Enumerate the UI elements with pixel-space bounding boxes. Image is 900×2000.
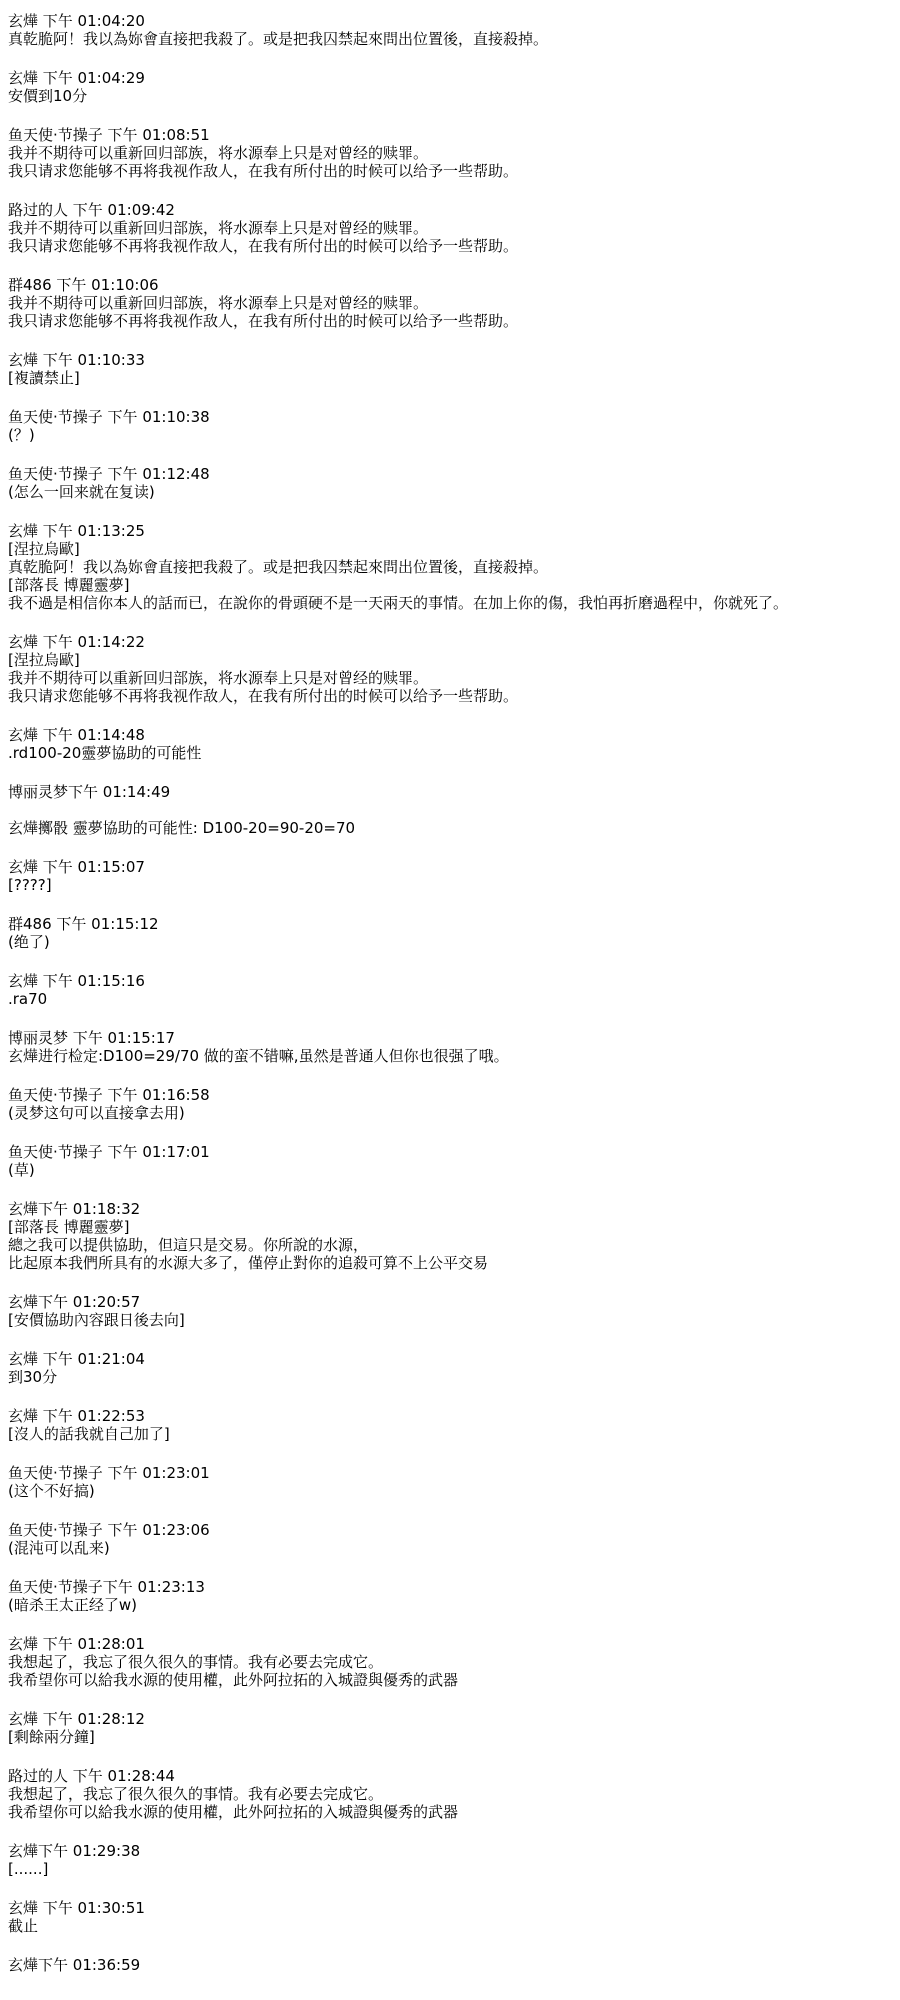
message-line: 我不過是相信你本人的話而已，在說你的骨頭硬不是一天兩天的事情。在加上你的傷，我怕… — [8, 594, 892, 612]
message-line: (？) — [8, 426, 892, 444]
timestamp: 下午 01:15:07 — [43, 858, 145, 876]
chat-message: 鱼天使·节操子 下午 01:12:48(怎么一回来就在复读) — [8, 465, 892, 501]
sender-name: 鱼天使·节操子 — [8, 408, 108, 426]
sender-name: 鱼天使·节操子 — [8, 1464, 108, 1482]
message-line: 安價到10分 — [8, 87, 892, 105]
chat-message: 博丽灵梦 下午 01:15:17玄燁进行检定:D100=29/70 做的蛮不错嘛… — [8, 1029, 892, 1065]
message-header: 博丽灵梦 下午 01:15:17 — [8, 1029, 892, 1047]
timestamp: 下午 01:23:13 — [103, 1578, 205, 1596]
sender-name: 路过的人 — [8, 1767, 73, 1785]
timestamp: 下午 01:08:51 — [108, 126, 210, 144]
message-line: 我只请求您能够不再将我视作敌人，在我有所付出的时候可以给予一些帮助。 — [8, 687, 892, 705]
message-line: (绝了) — [8, 933, 892, 951]
chat-message: 玄燁 下午 01:15:07[????] — [8, 858, 892, 894]
message-line: 我并不期待可以重新回归部族，将水源奉上只是对曾经的赎罪。 — [8, 144, 892, 162]
sender-name: 玄燁 — [8, 522, 43, 540]
chat-message: 玄燁 下午 01:14:22[涅拉烏歐]我并不期待可以重新回归部族，将水源奉上只… — [8, 633, 892, 705]
chat-message: 玄燁 下午 01:13:25[涅拉烏歐]真乾脆阿！我以為妳會直接把我殺了。或是把… — [8, 522, 892, 612]
timestamp: 下午 01:22:53 — [43, 1407, 145, 1425]
message-header: 群486 下午 01:15:12 — [8, 915, 892, 933]
chat-message: 玄燁 下午 01:28:01我想起了，我忘了很久很久的事情。我有必要去完成它。我… — [8, 1635, 892, 1689]
timestamp: 下午 01:12:48 — [108, 465, 210, 483]
message-line: [沒人的話我就自己加了] — [8, 1425, 892, 1443]
message-line: (草) — [8, 1161, 892, 1179]
message-line: 到30分 — [8, 1368, 892, 1386]
message-line: 真乾脆阿！我以為妳會直接把我殺了。或是把我囚禁起來問出位置後，直接殺掉。 — [8, 558, 892, 576]
message-line: 玄燁擲骰 靈夢協助的可能性: D100-20=90-20=70 — [8, 819, 892, 837]
sender-name: 玄燁 — [8, 1200, 38, 1218]
message-header: 玄燁 下午 01:22:53 — [8, 1407, 892, 1425]
sender-name: 鱼天使·节操子 — [8, 465, 108, 483]
timestamp: 下午 01:23:06 — [108, 1521, 210, 1539]
sender-name: 博丽灵梦 — [8, 1029, 73, 1047]
message-line: [涅拉烏歐] — [8, 651, 892, 669]
message-header: 玄燁 下午 01:15:07 — [8, 858, 892, 876]
timestamp: 下午 01:10:38 — [108, 408, 210, 426]
timestamp: 下午 01:30:51 — [43, 1899, 145, 1917]
chat-message: 鱼天使·节操子下午 01:23:13(暗杀王太正经了w) — [8, 1578, 892, 1614]
message-line: 真乾脆阿！我以為妳會直接把我殺了。或是把我囚禁起來問出位置後，直接殺掉。 — [8, 30, 892, 48]
message-line: 我希望你可以給我水源的使用權，此外阿拉拓的入城證與優秀的武器 — [8, 1803, 892, 1821]
message-line: [剩餘兩分鐘] — [8, 1728, 892, 1746]
message-line: [涅拉烏歐] — [8, 540, 892, 558]
timestamp: 下午 01:04:20 — [43, 12, 145, 30]
timestamp: 下午 01:28:44 — [73, 1767, 175, 1785]
sender-name: 玄燁 — [8, 1842, 38, 1860]
message-line: 我想起了，我忘了很久很久的事情。我有必要去完成它。 — [8, 1785, 892, 1803]
message-header: 玄燁 下午 01:30:51 — [8, 1899, 892, 1917]
sender-name: 玄燁 — [8, 69, 43, 87]
sender-name: 玄燁 — [8, 972, 43, 990]
chat-message: 鱼天使·节操子 下午 01:17:01(草) — [8, 1143, 892, 1179]
timestamp: 下午 01:15:17 — [73, 1029, 175, 1047]
message-line: [安價協助內容跟日後去向] — [8, 1311, 892, 1329]
chat-message: 博丽灵梦下午 01:14:49 玄燁擲骰 靈夢協助的可能性: D100-20=9… — [8, 783, 892, 837]
timestamp: 下午 01:28:01 — [43, 1635, 145, 1653]
timestamp: 下午 01:18:32 — [38, 1200, 140, 1218]
chat-message: 路过的人 下午 01:09:42我并不期待可以重新回归部族，将水源奉上只是对曾经… — [8, 201, 892, 255]
message-line: [......] — [8, 1860, 892, 1878]
timestamp: 下午 01:29:38 — [38, 1842, 140, 1860]
message-line: .rd100-20靈夢協助的可能性 — [8, 744, 892, 762]
message-header: 鱼天使·节操子 下午 01:17:01 — [8, 1143, 892, 1161]
message-header: 鱼天使·节操子 下午 01:16:58 — [8, 1086, 892, 1104]
chat-message: 玄燁 下午 01:28:12[剩餘兩分鐘] — [8, 1710, 892, 1746]
timestamp: 下午 01:09:42 — [73, 201, 175, 219]
chat-message: 玄燁 下午 01:10:33[複讀禁止] — [8, 351, 892, 387]
chat-message: 鱼天使·节操子 下午 01:10:38(？) — [8, 408, 892, 444]
message-line: 總之我可以提供協助，但這只是交易。你所說的水源， — [8, 1236, 892, 1254]
message-line: (这个不好搞) — [8, 1482, 892, 1500]
sender-name: 玄燁 — [8, 1710, 43, 1728]
sender-name: 玄燁 — [8, 1899, 43, 1917]
message-header: 路过的人 下午 01:09:42 — [8, 201, 892, 219]
message-line: [複讀禁止] — [8, 369, 892, 387]
message-header: 玄燁 下午 01:14:48 — [8, 726, 892, 744]
message-line: 我只请求您能够不再将我视作敌人，在我有所付出的时候可以给予一些帮助。 — [8, 237, 892, 255]
message-header: 玄燁 下午 01:21:04 — [8, 1350, 892, 1368]
sender-name: 玄燁 — [8, 633, 43, 651]
message-header: 路过的人 下午 01:28:44 — [8, 1767, 892, 1785]
message-header: 鱼天使·节操子 下午 01:23:06 — [8, 1521, 892, 1539]
message-line: 我并不期待可以重新回归部族，将水源奉上只是对曾经的赎罪。 — [8, 294, 892, 312]
chat-message: 鱼天使·节操子 下午 01:23:01(这个不好搞) — [8, 1464, 892, 1500]
chat-message: 玄燁 下午 01:21:04到30分 — [8, 1350, 892, 1386]
chat-message: 群486 下午 01:10:06我并不期待可以重新回归部族，将水源奉上只是对曾经… — [8, 276, 892, 330]
message-line: 玄燁进行检定:D100=29/70 做的蛮不错嘛,虽然是普通人但你也很强了哦。 — [8, 1047, 892, 1065]
message-line: (灵梦这句可以直接拿去用) — [8, 1104, 892, 1122]
message-line: 我想起了，我忘了很久很久的事情。我有必要去完成它。 — [8, 1653, 892, 1671]
timestamp: 下午 01:04:29 — [43, 69, 145, 87]
sender-name: 玄燁 — [8, 1293, 38, 1311]
timestamp: 下午 01:15:16 — [43, 972, 145, 990]
timestamp: 下午 01:21:04 — [43, 1350, 145, 1368]
message-line: [部落長 博麗靈夢] — [8, 1218, 892, 1236]
timestamp: 下午 01:10:06 — [56, 276, 158, 294]
message-line: 我并不期待可以重新回归部族，将水源奉上只是对曾经的赎罪。 — [8, 219, 892, 237]
message-header: 玄燁 下午 01:04:20 — [8, 12, 892, 30]
message-line: 我并不期待可以重新回归部族，将水源奉上只是对曾经的赎罪。 — [8, 669, 892, 687]
chat-message: 路过的人 下午 01:28:44我想起了，我忘了很久很久的事情。我有必要去完成它… — [8, 1767, 892, 1821]
chat-message: 玄燁下午 01:18:32[部落長 博麗靈夢]總之我可以提供協助，但這只是交易。… — [8, 1200, 892, 1272]
timestamp: 下午 01:14:49 — [68, 783, 170, 801]
message-header: 玄燁 下午 01:15:16 — [8, 972, 892, 990]
sender-name: 玄燁 — [8, 1956, 38, 1974]
timestamp: 下午 01:15:12 — [56, 915, 158, 933]
message-header: 玄燁 下午 01:10:33 — [8, 351, 892, 369]
message-header: 玄燁 下午 01:13:25 — [8, 522, 892, 540]
chat-message: 鱼天使·节操子 下午 01:08:51我并不期待可以重新回归部族，将水源奉上只是… — [8, 126, 892, 180]
sender-name: 玄燁 — [8, 1635, 43, 1653]
message-line: [部落長 博麗靈夢] — [8, 576, 892, 594]
message-header: 鱼天使·节操子 下午 01:08:51 — [8, 126, 892, 144]
timestamp: 下午 01:20:57 — [38, 1293, 140, 1311]
sender-name: 玄燁 — [8, 1350, 43, 1368]
message-header: 玄燁下午 01:18:32 — [8, 1200, 892, 1218]
sender-name: 玄燁 — [8, 858, 43, 876]
timestamp: 下午 01:14:22 — [43, 633, 145, 651]
message-header: 玄燁下午 01:20:57 — [8, 1293, 892, 1311]
sender-name: 玄燁 — [8, 12, 43, 30]
message-header: 玄燁 下午 01:28:01 — [8, 1635, 892, 1653]
sender-name: 玄燁 — [8, 726, 43, 744]
chat-message: 玄燁 下午 01:04:29安價到10分 — [8, 69, 892, 105]
message-header: 博丽灵梦下午 01:14:49 — [8, 783, 892, 801]
sender-name: 鱼天使·节操子 — [8, 126, 108, 144]
message-header: 鱼天使·节操子 下午 01:23:01 — [8, 1464, 892, 1482]
sender-name: 博丽灵梦 — [8, 783, 68, 801]
sender-name: 鱼天使·节操子 — [8, 1086, 108, 1104]
message-line: (混沌可以乱来) — [8, 1539, 892, 1557]
message-line: 截止 — [8, 1917, 892, 1935]
timestamp: 下午 01:28:12 — [43, 1710, 145, 1728]
chat-message: 玄燁 下午 01:30:51截止 — [8, 1899, 892, 1935]
timestamp: 下午 01:16:58 — [108, 1086, 210, 1104]
sender-name: 路过的人 — [8, 201, 73, 219]
chat-message: 群486 下午 01:15:12(绝了) — [8, 915, 892, 951]
message-header: 玄燁下午 01:29:38 — [8, 1842, 892, 1860]
chat-message: 玄燁 下午 01:15:16.ra70 — [8, 972, 892, 1008]
sender-name: 玄燁 — [8, 351, 43, 369]
sender-name: 群486 — [8, 915, 56, 933]
sender-name: 鱼天使·节操子 — [8, 1578, 103, 1596]
chat-message: 玄燁下午 01:29:38[......] — [8, 1842, 892, 1878]
message-line: 我只请求您能够不再将我视作敌人，在我有所付出的时候可以给予一些帮助。 — [8, 162, 892, 180]
message-header: 玄燁下午 01:36:59 — [8, 1956, 892, 1974]
message-header: 玄燁 下午 01:04:29 — [8, 69, 892, 87]
message-line: [????] — [8, 876, 892, 894]
sender-name: 鱼天使·节操子 — [8, 1143, 108, 1161]
chat-message: 玄燁下午 01:20:57[安價協助內容跟日後去向] — [8, 1293, 892, 1329]
timestamp: 下午 01:13:25 — [43, 522, 145, 540]
message-header: 玄燁 下午 01:14:22 — [8, 633, 892, 651]
timestamp: 下午 01:36:59 — [38, 1956, 140, 1974]
message-header: 玄燁 下午 01:28:12 — [8, 1710, 892, 1728]
message-line: 我只请求您能够不再将我视作敌人，在我有所付出的时候可以给予一些帮助。 — [8, 312, 892, 330]
message-header: 鱼天使·节操子 下午 01:10:38 — [8, 408, 892, 426]
message-header: 群486 下午 01:10:06 — [8, 276, 892, 294]
message-header: 鱼天使·节操子 下午 01:12:48 — [8, 465, 892, 483]
timestamp: 下午 01:14:48 — [43, 726, 145, 744]
sender-name: 群486 — [8, 276, 56, 294]
message-line: 我希望你可以給我水源的使用權，此外阿拉拓的入城證與優秀的武器 — [8, 1671, 892, 1689]
chat-log: 玄燁 下午 01:04:20真乾脆阿！我以為妳會直接把我殺了。或是把我囚禁起來問… — [0, 0, 900, 1974]
message-header: 鱼天使·节操子下午 01:23:13 — [8, 1578, 892, 1596]
timestamp: 下午 01:17:01 — [108, 1143, 210, 1161]
message-line: (怎么一回来就在复读) — [8, 483, 892, 501]
chat-message: 玄燁 下午 01:04:20真乾脆阿！我以為妳會直接把我殺了。或是把我囚禁起來問… — [8, 12, 892, 48]
sender-name: 鱼天使·节操子 — [8, 1521, 108, 1539]
chat-message: 鱼天使·节操子 下午 01:16:58(灵梦这句可以直接拿去用) — [8, 1086, 892, 1122]
message-line: .ra70 — [8, 990, 892, 1008]
timestamp: 下午 01:10:33 — [43, 351, 145, 369]
chat-message: 玄燁 下午 01:14:48.rd100-20靈夢協助的可能性 — [8, 726, 892, 762]
chat-message: 玄燁下午 01:36:59 — [8, 1956, 892, 1974]
message-line: 比起原本我們所具有的水源大多了，僅停止對你的追殺可算不上公平交易 — [8, 1254, 892, 1272]
chat-message: 鱼天使·节操子 下午 01:23:06(混沌可以乱来) — [8, 1521, 892, 1557]
message-line: (暗杀王太正经了w) — [8, 1596, 892, 1614]
timestamp: 下午 01:23:01 — [108, 1464, 210, 1482]
message-line — [8, 801, 892, 819]
chat-message: 玄燁 下午 01:22:53[沒人的話我就自己加了] — [8, 1407, 892, 1443]
sender-name: 玄燁 — [8, 1407, 43, 1425]
